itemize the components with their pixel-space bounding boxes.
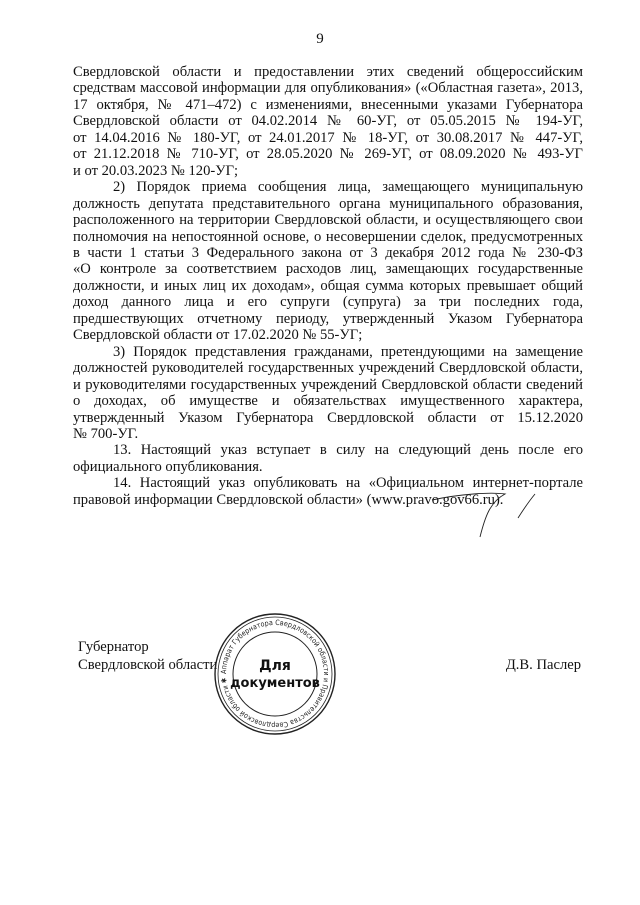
text-line: утвержденный Указом Губернатора Свердлов… xyxy=(73,410,583,426)
decree-body-text: Свердловской области и предоставлении эт… xyxy=(73,64,583,508)
page-number: 9 xyxy=(0,30,640,48)
text-line: официального опубликования. xyxy=(73,459,583,475)
signatory-name: Д.В. Паслер xyxy=(506,656,581,674)
text-line: 2) Порядок приема сообщения лица, замеща… xyxy=(73,179,583,195)
text-line: № 700-УГ. xyxy=(73,426,583,442)
text-line: расположенного на территории Свердловско… xyxy=(73,212,583,228)
text-line: от 14.04.2016 № 180-УГ, от 24.01.2017 № … xyxy=(73,130,583,146)
text-line: должностей руководителей государственных… xyxy=(73,360,583,376)
text-line: «О контроле за соответствием расходов ли… xyxy=(73,261,583,277)
text-line: должность депутата представительного орг… xyxy=(73,196,583,212)
signatory-title-line1: Губернатор xyxy=(78,638,217,656)
text-line: 17 октября, № 471–472) с изменениями, вн… xyxy=(73,97,583,113)
text-line: должности, и иных лиц их доходам», общая… xyxy=(73,278,583,294)
text-line: предшествующих отчетному периоду, утверж… xyxy=(73,311,583,327)
signatory-title: Губернатор Свердловской области xyxy=(78,638,217,674)
svg-text:Аппарат Губернатора Свердловск: Аппарат Губернатора Свердловской области… xyxy=(219,618,331,730)
text-line: Свердловской области и предоставлении эт… xyxy=(73,64,583,80)
text-line: 3) Порядок представления гражданами, пре… xyxy=(73,344,583,360)
text-line: в части 1 статьи 3 Федерального закона о… xyxy=(73,245,583,261)
text-line: от 21.12.2018 № 710-УГ, от 28.05.2020 № … xyxy=(73,146,583,162)
text-line: 13. Настоящий указ вступает в силу на сл… xyxy=(73,442,583,458)
stamp-center-line2: документов xyxy=(230,676,320,691)
signatory-title-line2: Свердловской области xyxy=(78,656,217,674)
text-line: полномочия на непостоянной основе, о нес… xyxy=(73,229,583,245)
text-line: средствам массовой информации для опубли… xyxy=(73,80,583,96)
text-line: и руководителями государственных учрежде… xyxy=(73,377,583,393)
text-line: и от 20.03.2023 № 120-УГ; xyxy=(73,163,583,179)
text-line: Свердловской области от 04.02.2014 № 60-… xyxy=(73,113,583,129)
text-line: доход данного лица и его супруги (супруг… xyxy=(73,294,583,310)
stamp-ring-text: Аппарат Губернатора Свердловской области… xyxy=(219,618,331,730)
text-line: правовой информации Свердловской области… xyxy=(73,492,583,508)
official-stamp: Аппарат Губернатора Свердловской области… xyxy=(213,612,337,736)
text-line: Свердловской области от 17.02.2020 № 55-… xyxy=(73,327,583,343)
text-line: 14. Настоящий указ опубликовать на «Офиц… xyxy=(73,475,583,491)
stamp-center-line1: Для xyxy=(259,658,291,674)
text-line: о доходах, об имуществе и обязательствах… xyxy=(73,393,583,409)
